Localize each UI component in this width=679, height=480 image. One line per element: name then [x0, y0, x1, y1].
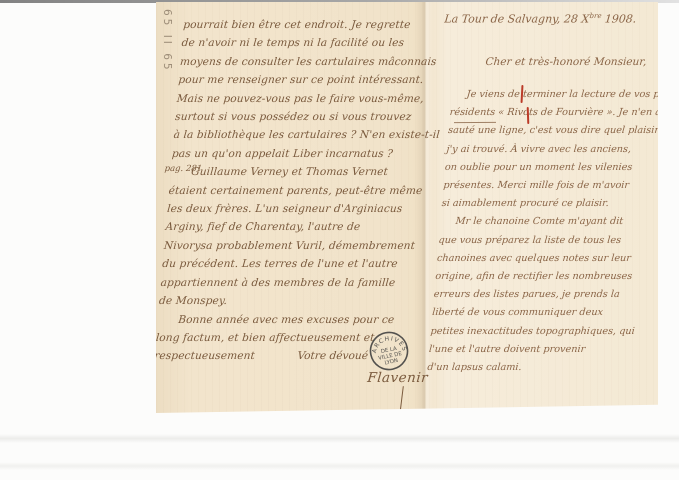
handwriting-line: petites inexactitudes topographiques, qu… — [430, 323, 666, 341]
handwriting-line: j'y ai trouvé. À vivre avec les anciens, — [446, 141, 679, 159]
stamp-line3: LYON — [384, 358, 399, 367]
handwriting-line: pourrait bien être cet endroit. Je regre… — [182, 16, 450, 34]
handwriting-line: pour me renseigner sur ce point intéress… — [178, 71, 446, 89]
handwriting-line: Je viens de terminer la lecture de vos p… — [450, 86, 679, 104]
handwriting-line: à la bibliothèque les cartulaires ? N'en… — [173, 126, 441, 144]
valediction: Votre dévoué — [297, 350, 369, 362]
handwriting-line: chanoines avec quelques notes sur leur — [436, 250, 672, 268]
dateline-superscript: bre — [589, 12, 602, 20]
left-page-text: pourrait bien être cet endroit. Je regre… — [153, 16, 450, 366]
dateline-place: La Tour de Salvagny, 28 X — [444, 13, 590, 26]
right-page-text: Je viens de terminer la lecture de vos p… — [427, 86, 679, 377]
handwriting-line: de Monspey. — [158, 292, 426, 310]
handwriting-line: Mais ne pouvez-vous pas le faire vous-mê… — [176, 90, 444, 108]
handwriting-line: l'une et l'autre doivent provenir — [428, 341, 664, 359]
handwriting-line: pas un qu'on appelait Liber incarnatus ? — [171, 145, 439, 163]
handwriting-line: Guillaume Verney et Thomas Vernet — [170, 163, 438, 181]
handwriting-line: surtout si vous possédez ou si vous trou… — [174, 108, 442, 126]
handwriting-line: on oublie pour un moment les vilenies — [444, 159, 679, 177]
handwriting-line: Mr le chanoine Comte m'ayant dit — [439, 213, 675, 231]
shelfmark: 65 II 65 — [161, 9, 173, 73]
handwriting-line: origine, afin de rectifier les nombreuse… — [434, 268, 670, 286]
handwriting-line: résidents « Rivots de Fourvière ». Je n'… — [449, 104, 679, 122]
handwriting-line: Nivorysa probablement Vuril, démembremen… — [163, 237, 431, 255]
handwriting-line: si aimablement procuré ce plaisir. — [441, 195, 677, 213]
handwriting-line: erreurs des listes parues, je prends la — [433, 286, 669, 304]
handwriting-line: de n'avoir ni le temps ni la facilité ou… — [181, 34, 449, 52]
handwriting-line: étaient certainement parents, peut-être … — [168, 182, 436, 200]
handwriting-line: appartiennent à des membres de la famill… — [160, 274, 428, 292]
handwriting-line: moyens de consulter les cartulaires mâco… — [179, 53, 447, 71]
dateline-year: 1908. — [601, 13, 637, 26]
handwriting-line: d'un lapsus calami. — [427, 359, 663, 377]
handwriting-line: liberté de vous communiquer deux — [431, 304, 667, 322]
handwriting-line: sauté une ligne, c'est vous dire quel pl… — [447, 122, 679, 140]
letter-paper: 65 II 65 pag. 281 pourrait bien être cet… — [156, 2, 658, 413]
salutation: Cher et très-honoré Monsieur, — [485, 56, 647, 68]
signature-paraph — [399, 386, 404, 416]
scanner-streak — [0, 434, 679, 443]
handwriting-line: que vous préparez la liste de tous les — [438, 232, 674, 250]
scanner-streak — [0, 462, 679, 470]
dateline: La Tour de Salvagny, 28 Xbre 1908. — [444, 12, 637, 26]
scanned-letter: 65 II 65 pag. 281 pourrait bien être cet… — [0, 0, 679, 480]
handwriting-line: du précédent. Les terres de l'une et l'a… — [161, 255, 429, 273]
handwriting-line: présentes. Merci mille fois de m'avoir — [442, 177, 678, 195]
handwriting-line: les deux frères. L'un seigneur d'Arginia… — [166, 200, 434, 218]
handwriting-line: Bonne année avec mes excuses pour ce — [157, 311, 425, 329]
archives-stamp: ARCHIVES DE LA VILLE DE LYON — [365, 327, 412, 374]
handwriting-line: Arginy, fief de Charentay, l'autre de — [165, 218, 433, 236]
